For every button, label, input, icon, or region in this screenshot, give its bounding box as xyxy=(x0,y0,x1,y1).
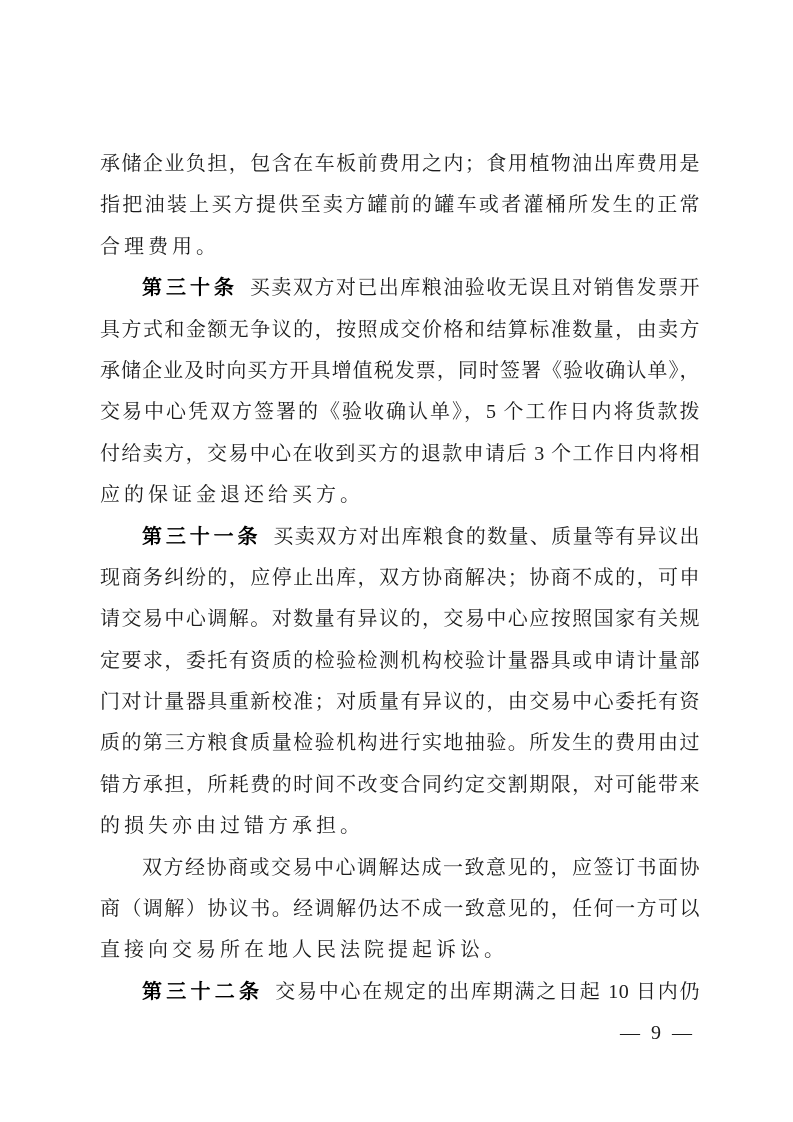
text-line: 付给卖方，交易中心在收到买方的退款申请后 3 个工作日内将相 xyxy=(100,434,700,475)
document-page: 承储企业负担，包含在车板前费用之内；食用植物油出库费用是 指把油装上买方提供至卖… xyxy=(0,0,793,1122)
text-line: 门对计量器具重新校准；对质量有异议的，由交易中心委托有资 xyxy=(100,682,700,723)
text-line: 第三十条买卖双方对已出库粮油验收无误且对销售发票开 xyxy=(100,268,700,309)
text-line: 指把油装上买方提供至卖方罐前的罐车或者灌桶所发生的正常 xyxy=(100,185,700,226)
text-line: 现商务纠纷的，应停止出库，双方协商解决；协商不成的，可申 xyxy=(100,558,700,599)
text-line: 请交易中心调解。对数量有异议的，交易中心应按照国家有关规 xyxy=(100,599,700,640)
line-text: 交易中心在规定的出库期满之日起 10 日内仍 xyxy=(275,981,700,1003)
text-line: 第三十一条买卖双方对出库粮食的数量、质量等有异议出 xyxy=(100,517,700,558)
line-text: 具方式和金额无争议的，按照成交价格和结算标准数量，由卖方 xyxy=(100,319,700,341)
text-line: 应的保证金退还给买方。 xyxy=(100,475,700,516)
line-text: 买卖双方对出库粮食的数量、质量等有异议出 xyxy=(273,526,700,548)
line-text: 门对计量器具重新校准；对质量有异议的，由交易中心委托有资 xyxy=(100,691,700,713)
document-body: 承储企业负担，包含在车板前费用之内；食用植物油出库费用是 指把油装上买方提供至卖… xyxy=(100,144,700,1013)
article-number: 第三十条 xyxy=(142,277,238,299)
text-line: 错方承担，所耗费的时间不改变合同约定交割期限，对可能带来 xyxy=(100,765,700,806)
article-number: 第三十一条 xyxy=(142,526,261,548)
line-text: 错方承担，所耗费的时间不改变合同约定交割期限，对可能带来 xyxy=(100,774,700,796)
line-text: 现商务纠纷的，应停止出库，双方协商解决；协商不成的，可申 xyxy=(100,567,700,589)
page-footer: — 9 — xyxy=(620,1022,695,1045)
text-line: 双方经协商或交易中心调解达成一致意见的，应签订书面协 xyxy=(100,848,700,889)
text-line: 定要求，委托有资质的检验检测机构校验计量器具或申请计量部 xyxy=(100,641,700,682)
line-text: 请交易中心调解。对数量有异议的，交易中心应按照国家有关规 xyxy=(100,608,700,630)
text-line: 承储企业及时向买方开具增值税发票，同时签署《验收确认单》， xyxy=(100,351,700,392)
line-text: 定要求，委托有资质的检验检测机构校验计量器具或申请计量部 xyxy=(100,650,700,672)
line-text: 质的第三方粮食质量检验机构进行实地抽验。所发生的费用由过 xyxy=(100,732,700,754)
text-line: 的损失亦由过错方承担。 xyxy=(100,806,700,847)
text-line: 具方式和金额无争议的，按照成交价格和结算标准数量，由卖方 xyxy=(100,310,700,351)
text-line: 承储企业负担，包含在车板前费用之内；食用植物油出库费用是 xyxy=(100,144,700,185)
text-line: 交易中心凭双方签署的《验收确认单》，5 个工作日内将货款拨 xyxy=(100,392,700,433)
line-text: 指把油装上买方提供至卖方罐前的罐车或者灌桶所发生的正常 xyxy=(100,194,700,216)
text-line: 质的第三方粮食质量检验机构进行实地抽验。所发生的费用由过 xyxy=(100,723,700,764)
line-text: 的损失亦由过错方承担。 xyxy=(100,815,364,837)
line-text: 合理费用。 xyxy=(100,236,220,258)
page-number: — 9 — xyxy=(620,1022,695,1044)
line-text: 商（调解）协议书。经调解仍达不成一致意见的，任何一方可以 xyxy=(100,898,700,920)
text-line: 第三十二条交易中心在规定的出库期满之日起 10 日内仍 xyxy=(100,972,700,1013)
line-text: 承储企业负担，包含在车板前费用之内；食用植物油出库费用是 xyxy=(100,153,700,175)
line-text: 付给卖方，交易中心在收到买方的退款申请后 3 个工作日内将相 xyxy=(100,443,700,465)
text-line: 商（调解）协议书。经调解仍达不成一致意见的，任何一方可以 xyxy=(100,889,700,930)
text-line: 直接向交易所在地人民法院提起诉讼。 xyxy=(100,930,700,971)
line-text: 交易中心凭双方签署的《验收确认单》，5 个工作日内将货款拨 xyxy=(100,401,700,423)
line-text: 承储企业及时向买方开具增值税发票，同时签署《验收确认单》， xyxy=(100,360,700,382)
line-text: 应的保证金退还给买方。 xyxy=(100,484,364,506)
text-line: 合理费用。 xyxy=(100,227,700,268)
line-text: 双方经协商或交易中心调解达成一致意见的，应签订书面协 xyxy=(142,857,700,879)
line-text: 直接向交易所在地人民法院提起诉讼。 xyxy=(100,939,508,961)
article-number: 第三十二条 xyxy=(142,981,263,1003)
line-text: 买卖双方对已出库粮油验收无误且对销售发票开 xyxy=(250,277,700,299)
